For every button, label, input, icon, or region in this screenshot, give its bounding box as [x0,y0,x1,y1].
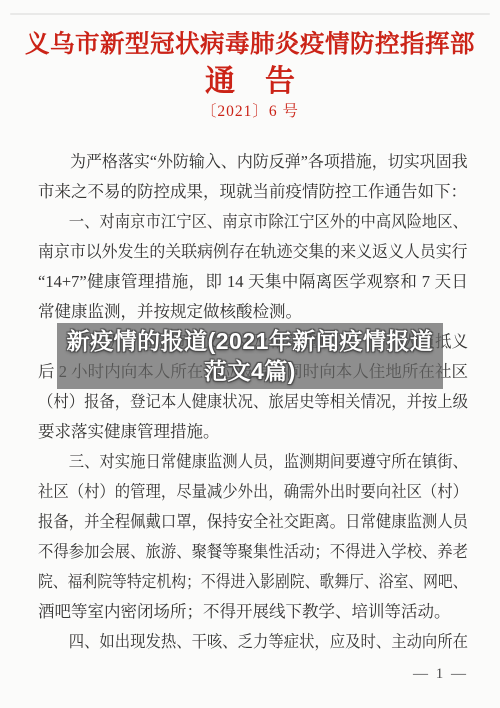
document-line: 要求落实健康管理措施。 [38,417,468,447]
document-line: “14+7”健康管理措施，即 14 天集中隔离医学观察和 7 天日 [38,267,468,297]
page-number: — 1 — [413,664,468,684]
overlay-caption-line-2: 范文4篇) [57,356,443,386]
document-line: 院、福利院等特定机构；不得进入影剧院、歌舞厅、浴室、网吧、 [38,567,424,597]
document-number: 〔2021〕6 号 [0,99,500,121]
issuing-authority-title: 义乌市新型冠状病毒肺炎疫情防控指挥部 [0,25,500,60]
document-line: 南京市以外发生的关联病例存在轨迹交集的来义返义人员实行 [38,237,453,267]
document-line: 市来之不易的防控成果，现就当前疫情防控工作通告如下： [38,177,468,207]
scanned-notice-page: 义乌市新型冠状病毒肺炎疫情防控指挥部 通 告 〔2021〕6 号 为严格落实“外… [0,0,500,708]
overlay-caption-banner: 新疫情的报道(2021年新闻疫情报道 范文4篇) [57,323,443,389]
document-line: 为严格落实“外防输入、内防反弹”各项措施，切实巩固我 [38,147,454,177]
document-body: 为严格落实“外防输入、内防反弹”各项措施，切实巩固我市来之不易的防控成果，现就当… [38,147,468,657]
notice-type-title: 通 告 [0,56,500,100]
document-line: 不得参加会展、旅游、聚餐等聚集性活动；不得进入学校、养老 [38,537,438,567]
overlay-caption-line-1: 新疫情的报道(2021年新闻疫情报道 [57,326,443,356]
scan-artifact-line [10,13,490,15]
document-line: 报备，并全程佩戴口罩，保持安全社交距离。日常健康监测人员 [38,507,438,537]
document-line: 社区（村）的管理，尽量减少外出，确需外出时要向社区（村） [38,477,438,507]
document-line: 四、如出现发热、干咳、乏力等症状，应及时、主动向所在 [38,627,438,657]
document-line: 一、对南京市江宁区、南京市除江宁区外的中高风险地区、 [38,207,438,237]
document-line: （村）报备，登记本人健康状况、旅居史等相关情况，并按上级 [38,387,438,417]
document-line: 三、对实施日常健康监测人员，监测期间要遵守所在镇街、 [38,447,438,477]
document-line: 酒吧等室内密闭场所；不得开展线下教学、培训等活动。 [38,597,468,627]
